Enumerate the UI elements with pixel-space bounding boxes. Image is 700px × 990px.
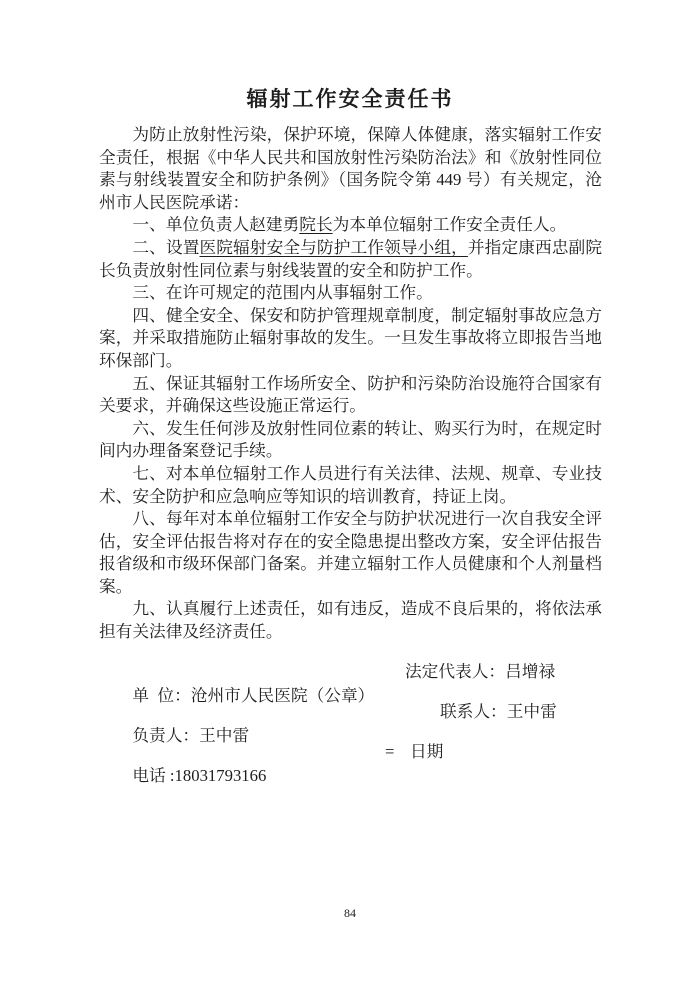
document-body: 为防止放射性污染，保护环境，保障人体健康，落实辐射工作安全责任，根据《中华人民共… — [99, 124, 602, 644]
paragraph: 二、设置医院辐射安全与防护工作领导小组，并指定康西忠副院长负责放射性同位素与射线… — [99, 237, 602, 282]
equals-mark: = — [385, 740, 394, 764]
text-segment: 七、对本单位辐射工作人员进行有关法律、法规、规章、专业技术、安全防护和应急响应等… — [99, 464, 602, 506]
document-content: 为防止放射性污染，保护环境，保障人体健康，落实辐射工作安全责任，根据《中华人民共… — [99, 124, 602, 764]
paragraph: 四、健全安全、保安和防护管理规章制度，制定辐射事故应急方案，并采取措施防止辐射事… — [99, 305, 602, 373]
text-segment: 一、单位负责人赵建勇 — [132, 215, 299, 234]
underlined-text: 医院辐射安全与防护工作领导小组， — [200, 238, 468, 257]
document-title: 辐射工作安全责任书 — [0, 0, 700, 113]
text-segment: 九、认真履行上述责任，如有违反，造成不良后果的，将依法承担有关法律及经济责任。 — [99, 599, 602, 641]
text-segment: 五、保证其辐射工作场所安全、防护和污染防治设施符合国家有关要求，并确保这些设施正… — [99, 374, 602, 416]
text-segment: 三、在许可规定的范围内从事辐射工作。 — [132, 283, 432, 302]
paragraph: 六、发生任何涉及放射性同位素的转让、购买行为时，在规定时间内办理备案登记手续。 — [99, 418, 602, 463]
page-number: 84 — [0, 906, 700, 921]
signature-block: 单 位：沧州市人民医院（公章） 法定代表人：吕增禄 负责人：王中雷 联系人：王中… — [99, 660, 602, 764]
paragraph: 八、每年对本单位辐射工作安全与防护状况进行一次自我安全评估，安全评估报告将对存在… — [99, 508, 602, 598]
signature-row-persons: 负责人：王中雷 联系人：王中雷 — [99, 700, 602, 724]
text-segment: 六、发生任何涉及放射性同位素的转让、购买行为时，在规定时间内办理备案登记手续。 — [99, 419, 602, 461]
legal-representative-field: 法定代表人：吕增禄 — [405, 660, 555, 684]
paragraph: 七、对本单位辐射工作人员进行有关法律、法规、规章、专业技术、安全防护和应急响应等… — [99, 463, 602, 508]
phone-field: 电话 :18031793166 — [132, 766, 266, 785]
contact-person-field: 联系人：王中雷 — [440, 700, 557, 724]
signature-row-unit: 单 位：沧州市人民医院（公章） 法定代表人：吕增禄 — [99, 660, 602, 684]
paragraph: 五、保证其辐射工作场所安全、防护和污染防治设施符合国家有关要求，并确保这些设施正… — [99, 373, 602, 418]
date-field: 日期 — [410, 740, 443, 764]
document-page: 辐射工作安全责任书 为防止放射性污染，保护环境，保障人体健康，落实辐射工作安全责… — [0, 0, 700, 990]
paragraph: 一、单位负责人赵建勇院长为本单位辐射工作安全责任人。 — [99, 214, 602, 237]
text-segment: 为本单位辐射工作安全责任人。 — [333, 215, 567, 234]
paragraph: 为防止放射性污染，保护环境，保障人体健康，落实辐射工作安全责任，根据《中华人民共… — [99, 124, 602, 214]
text-segment: 四、健全安全、保安和防护管理规章制度，制定辐射事故应急方案，并采取措施防止辐射事… — [99, 306, 602, 370]
signature-row-phone-date: 电话 :18031793166 = 日期 — [99, 740, 602, 764]
underlined-text: 院长 — [299, 215, 332, 234]
text-segment: 为防止放射性污染，保护环境，保障人体健康，落实辐射工作安全责任，根据《中华人民共… — [99, 125, 602, 212]
paragraph: 三、在许可规定的范围内从事辐射工作。 — [99, 282, 602, 305]
paragraph: 九、认真履行上述责任，如有违反，造成不良后果的，将依法承担有关法律及经济责任。 — [99, 598, 602, 643]
text-segment: 二、设置 — [132, 238, 199, 257]
text-segment: 八、每年对本单位辐射工作安全与防护状况进行一次自我安全评估，安全评估报告将对存在… — [99, 509, 602, 596]
